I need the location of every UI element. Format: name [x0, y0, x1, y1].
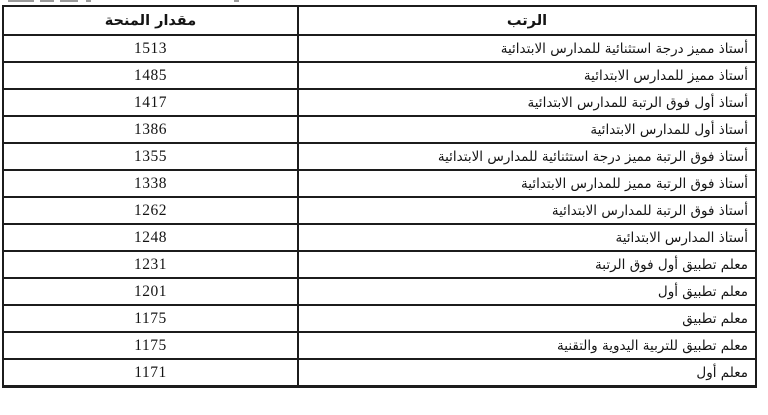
amount-cell: 1201: [3, 278, 298, 305]
rank-cell: أستاذ مميز درجة استثنائية للمدارس الابتد…: [298, 35, 756, 62]
table-body: أستاذ مميز درجة استثنائية للمدارس الابتد…: [3, 35, 756, 387]
rank-cell: معلم تطبيق أول: [298, 278, 756, 305]
rank-cell: معلم تطبيق للتربية اليدوية والتقنية: [298, 332, 756, 359]
amount-cell: 1513: [3, 35, 298, 62]
rank-cell: أستاذ مميز للمدارس الابتدائية: [298, 62, 756, 89]
rank-cell: معلم أول: [298, 359, 756, 387]
rank-cell: أستاذ فوق الرتبة للمدارس الابتدائية: [298, 197, 756, 224]
amount-cell: 1171: [3, 359, 298, 387]
table-row: أستاذ مميز للمدارس الابتدائية 1485: [3, 62, 756, 89]
amount-cell: 1175: [3, 332, 298, 359]
table-row: معلم تطبيق 1175: [3, 305, 756, 332]
amount-cell: 1355: [3, 143, 298, 170]
amount-cell: 1262: [3, 197, 298, 224]
amount-cell: 1175: [3, 305, 298, 332]
scan-artifact: [60, 0, 78, 2]
table-row: أستاذ مميز درجة استثنائية للمدارس الابتد…: [3, 35, 756, 62]
rank-cell: أستاذ أول للمدارس الابتدائية: [298, 116, 756, 143]
rank-column-header: الرتب: [298, 6, 756, 35]
amount-cell: 1417: [3, 89, 298, 116]
rank-cell: أستاذ فوق الرتبة مميز درجة استثنائية للم…: [298, 143, 756, 170]
table-row: أستاذ أول للمدارس الابتدائية 1386: [3, 116, 756, 143]
rank-cell: معلم تطبيق أول فوق الرتبة: [298, 251, 756, 278]
header-row: الرتب مقدار المنحة: [3, 6, 756, 35]
table-row: أستاذ أول فوق الرتبة للمدارس الابتدائية …: [3, 89, 756, 116]
table-row: معلم أول 1171: [3, 359, 756, 387]
table-row: معلم تطبيق للتربية اليدوية والتقنية 1175: [3, 332, 756, 359]
table-row: أستاذ فوق الرتبة مميز درجة استثنائية للم…: [3, 143, 756, 170]
table-row: معلم تطبيق أول 1201: [3, 278, 756, 305]
amount-cell: 1338: [3, 170, 298, 197]
scan-artifact: [86, 0, 91, 2]
amount-column-header: مقدار المنحة: [3, 6, 298, 35]
amount-cell: 1485: [3, 62, 298, 89]
table-row: معلم تطبيق أول فوق الرتبة 1231: [3, 251, 756, 278]
rank-cell: معلم تطبيق: [298, 305, 756, 332]
scan-artifact: [8, 0, 34, 2]
scan-artifact: [234, 0, 239, 2]
table-row: أستاذ المدارس الابتدائية 1248: [3, 224, 756, 251]
amount-cell: 1248: [3, 224, 298, 251]
table-row: أستاذ فوق الرتبة مميز للمدارس الابتدائية…: [3, 170, 756, 197]
document-page: الرتب مقدار المنحة أستاذ مميز درجة استثن…: [0, 0, 768, 415]
amount-cell: 1231: [3, 251, 298, 278]
rank-cell: أستاذ أول فوق الرتبة للمدارس الابتدائية: [298, 89, 756, 116]
rank-cell: أستاذ المدارس الابتدائية: [298, 224, 756, 251]
amount-cell: 1386: [3, 116, 298, 143]
rank-cell: أستاذ فوق الرتبة مميز للمدارس الابتدائية: [298, 170, 756, 197]
grant-amount-table: الرتب مقدار المنحة أستاذ مميز درجة استثن…: [2, 5, 757, 388]
table-row: أستاذ فوق الرتبة للمدارس الابتدائية 1262: [3, 197, 756, 224]
scan-artifact: [40, 0, 54, 2]
